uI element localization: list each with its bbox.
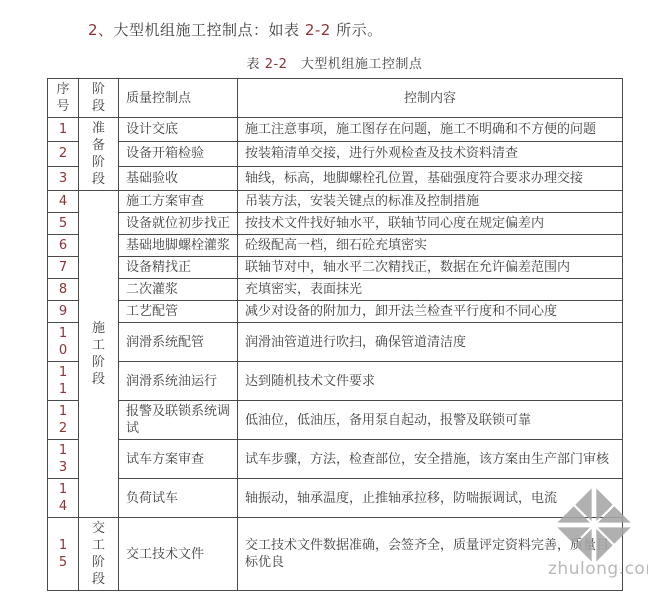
row-point: 润滑系统配管 [119,323,238,362]
row-point: 二次灌浆 [119,279,238,301]
row-point: 试车方案审查 [119,440,238,479]
col-header-content: 控制内容 [238,79,623,118]
heading-text: 大型机组施工控制点：如表 [114,21,305,39]
header-row: 序 号 阶 段 质量控制点 控制内容 [48,79,623,118]
row-content: 交工技术文件数据准确，会签齐全，质量评定资料完善，质量目标优良 [238,518,623,591]
section-heading: 2、大型机组施工控制点：如表 2-2 所示。 [88,19,648,40]
row-point: 交工技术文件 [119,518,238,591]
heading-suffix: 所示。 [331,21,383,39]
table-row: 5 设备就位初步找正 按技术文件找好轴水平，联轴节同心度在规定偏差内 [48,213,623,235]
row-point: 润滑系统油运行 [119,362,238,401]
row-no: 12 [48,401,79,440]
table-row: 12 报警及联锁系统调试 低油位，低油压，备用泵自起动，报警及联锁可靠 [48,401,623,440]
table-row: 10 润滑系统配管 润滑油管道进行吹扫，确保管道清洁度 [48,323,623,362]
row-point: 设备开箱检验 [119,142,238,166]
row-no: 1 [48,118,79,142]
table-caption: 表 2-2 大型机组施工控制点 [47,53,622,72]
row-no: 10 [48,323,79,362]
row-content: 减少对设备的附加力，卸开法兰检查平行度和不同心度 [238,301,623,323]
row-point: 施工方案审查 [119,191,238,213]
row-content: 充填密实，表面抹光 [238,279,623,301]
caption-title: 大型机组施工控制点 [287,57,422,72]
table-row: 14 负荷试车 轴振动，轴承温度，止推轴承拉移，防喘振调试，电流 [48,479,623,518]
stage-cell-handover: 交 工 阶 段 [79,518,119,591]
row-content: 达到随机技术文件要求 [238,362,623,401]
table-row: 3 基础验收 轴线，标高，地脚螺栓孔位置，基础强度符合要求办理交接 [48,166,623,190]
row-content: 试车步骤，方法，检查部位，安全措施，该方案由生产部门审核 [238,440,623,479]
caption-table-ref: 2-2 [265,57,288,72]
table-row: 13 试车方案审查 试车步骤，方法，检查部位，安全措施，该方案由生产部门审核 [48,440,623,479]
row-no: 3 [48,166,79,190]
row-no: 13 [48,440,79,479]
heading-table-ref: 2-2 [305,21,331,39]
row-point: 基础验收 [119,166,238,190]
row-content: 按技术文件找好轴水平，联轴节同心度在规定偏差内 [238,213,623,235]
row-content: 按装箱清单交接，进行外观检查及技术资料清查 [238,142,623,166]
row-no: 9 [48,301,79,323]
row-no: 7 [48,257,79,279]
row-no: 11 [48,362,79,401]
col-header-stage: 阶 段 [79,79,119,118]
control-points-table: 序 号 阶 段 质量控制点 控制内容 1 准 备 阶 段 设计交底 施工注意事项… [47,78,623,591]
row-no: 6 [48,235,79,257]
table-row: 4 施 工 阶 段 施工方案审查 吊装方法，安装关键点的标准及控制措施 [48,191,623,213]
row-no: 8 [48,279,79,301]
stage-cell-construction: 施 工 阶 段 [79,191,119,518]
row-no: 14 [48,479,79,518]
row-point: 报警及联锁系统调试 [119,401,238,440]
row-point: 设备精找正 [119,257,238,279]
table-row: 2 设备开箱检验 按装箱清单交接，进行外观检查及技术资料清查 [48,142,623,166]
row-point: 基础地脚螺栓灌浆 [119,235,238,257]
heading-number: 2、 [88,21,114,39]
table-row: 11 润滑系统油运行 达到随机技术文件要求 [48,362,623,401]
row-content: 吊装方法，安装关键点的标准及控制措施 [238,191,623,213]
row-content: 砼级配高一档，细石砼充填密实 [238,235,623,257]
row-content: 轴振动，轴承温度，止推轴承拉移，防喘振调试，电流 [238,479,623,518]
table-row: 15 交 工 阶 段 交工技术文件 交工技术文件数据准确，会签齐全，质量评定资料… [48,518,623,591]
table-row: 8 二次灌浆 充填密实，表面抹光 [48,279,623,301]
row-no: 4 [48,191,79,213]
table-row: 9 工艺配管 减少对设备的附加力，卸开法兰检查平行度和不同心度 [48,301,623,323]
stage-cell-prep: 准 备 阶 段 [79,118,119,191]
table-row: 7 设备精找正 联轴节对中，轴水平二次精找正，数据在允许偏差范围内 [48,257,623,279]
col-header-point: 质量控制点 [119,79,238,118]
table-row: 1 准 备 阶 段 设计交底 施工注意事项，施工图存在问题，施工不明确和不方便的… [48,118,623,142]
row-content: 施工注意事项，施工图存在问题，施工不明确和不方便的问题 [238,118,623,142]
row-point: 工艺配管 [119,301,238,323]
row-no: 15 [48,518,79,591]
row-content: 联轴节对中，轴水平二次精找正，数据在允许偏差范围内 [238,257,623,279]
table-row: 6 基础地脚螺栓灌浆 砼级配高一档，细石砼充填密实 [48,235,623,257]
row-content: 润滑油管道进行吹扫，确保管道清洁度 [238,323,623,362]
caption-label: 表 [247,57,265,72]
row-content: 低油位，低油压，备用泵自起动，报警及联锁可靠 [238,401,623,440]
row-point: 设备就位初步找正 [119,213,238,235]
col-header-no: 序 号 [48,79,79,118]
row-point: 负荷试车 [119,479,238,518]
row-content: 轴线，标高，地脚螺栓孔位置，基础强度符合要求办理交接 [238,166,623,190]
row-no: 2 [48,142,79,166]
row-no: 5 [48,213,79,235]
row-point: 设计交底 [119,118,238,142]
